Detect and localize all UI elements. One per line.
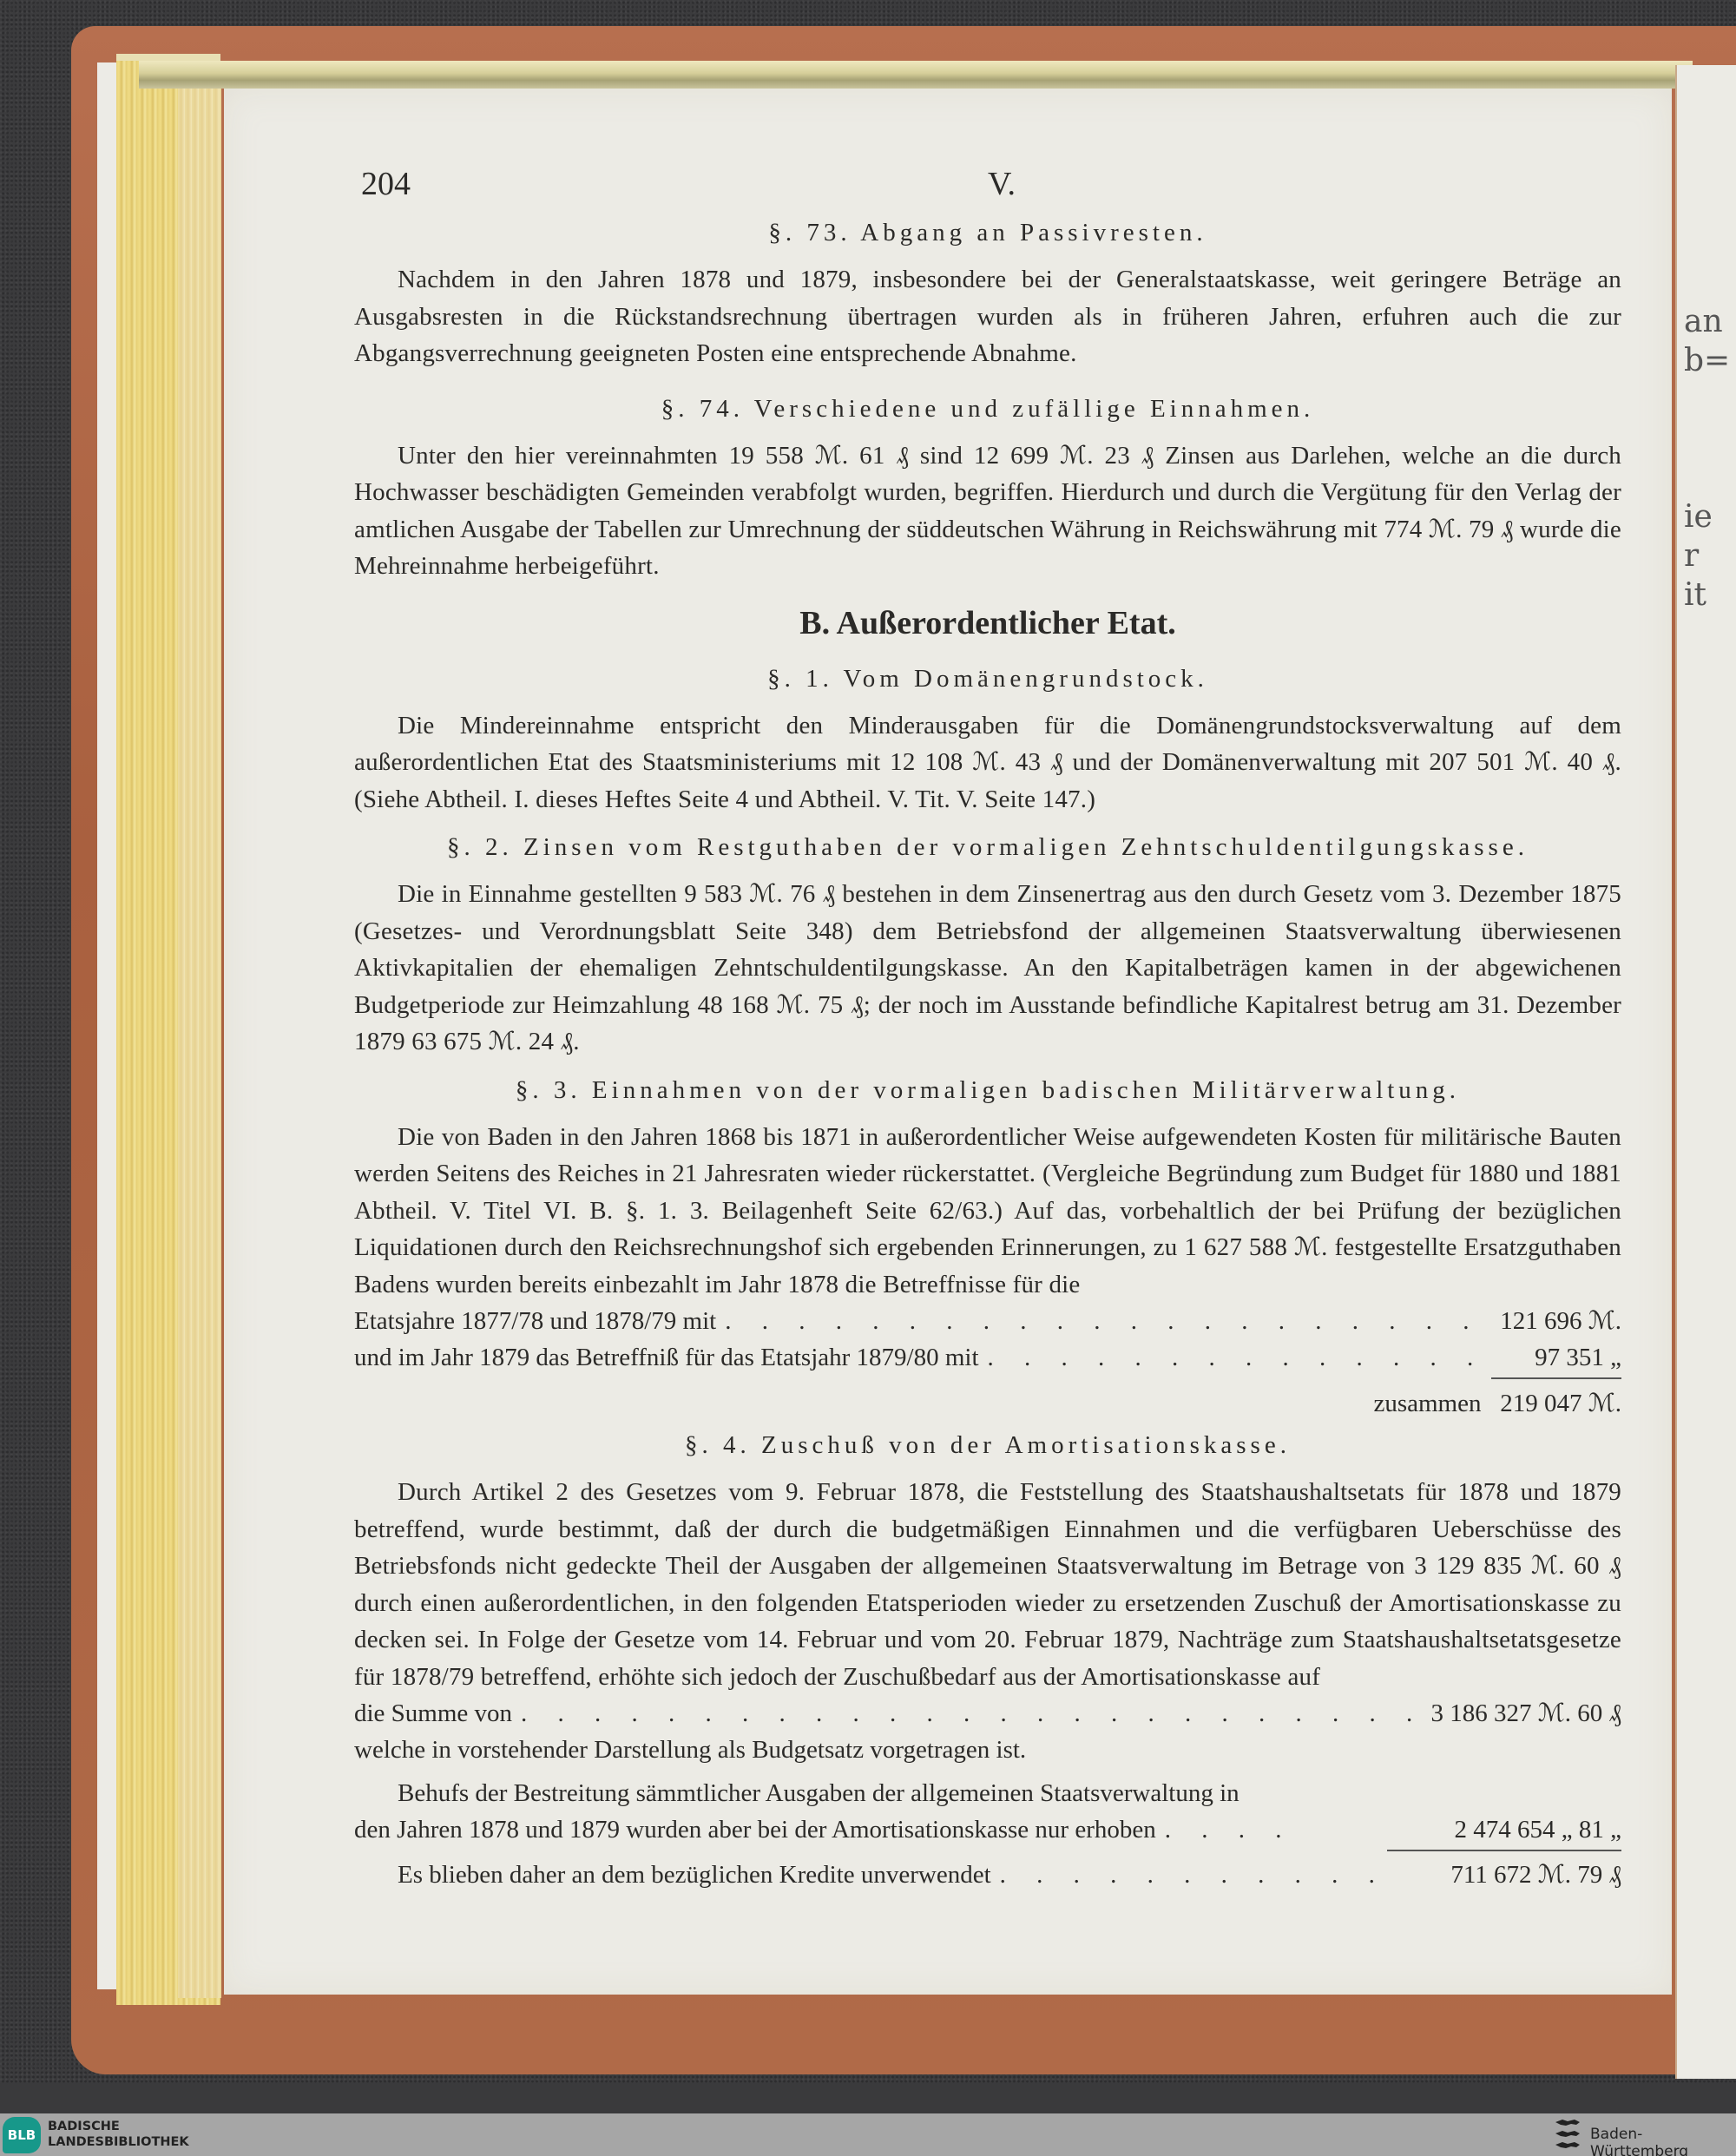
- page-edges-inner: [178, 69, 221, 1998]
- flyleaf: [97, 62, 116, 1989]
- library-name-line2: LANDESBIBLIOTHEK: [48, 2134, 189, 2150]
- ledger-amount: 97 351 „: [1491, 1339, 1621, 1376]
- section-text-74: Unter den hier vereinnahmten 19 558 ℳ. 6…: [354, 437, 1621, 585]
- text-line: welche in vorstehender Darstellung als B…: [354, 1732, 1621, 1768]
- text-line-content: welche in vorstehender Darstellung als B…: [354, 1732, 1026, 1768]
- section-title-b2: §. 2. Zinsen vom Restguthaben der vormal…: [354, 833, 1621, 862]
- section-title-74: §. 74. Verschiedene und zufällige Einnah…: [354, 395, 1621, 424]
- text-line: Behufs der Bestreitung sämmtlicher Ausga…: [354, 1775, 1621, 1811]
- chapter-mark: V.: [988, 165, 1016, 203]
- section-text-73: Nachdem in den Jahren 1878 und 1879, ins…: [354, 261, 1621, 372]
- ledger-label: die Summe von: [354, 1695, 512, 1732]
- blb-logo-text: BLB: [8, 2127, 36, 2143]
- library-name-line1: BADISCHE: [48, 2119, 189, 2134]
- blb-logo-icon[interactable]: BLB: [3, 2117, 41, 2153]
- library-name[interactable]: BADISCHE LANDESBIBLIOTHEK: [48, 2119, 189, 2150]
- ledger-amount: 121 696 ℳ.: [1491, 1303, 1621, 1339]
- part-title-b: B. Außerordentlicher Etat.: [354, 604, 1621, 642]
- facing-page-fragment: ie: [1684, 499, 1713, 535]
- page-content: 204 V. §. 73. Abgang an Passivresten. Na…: [354, 165, 1621, 1893]
- ledger-label: und im Jahr 1879 das Betreffniß für das …: [354, 1339, 979, 1376]
- facing-page-fragment: it: [1684, 577, 1706, 613]
- ledger-row: und im Jahr 1879 das Betreffniß für das …: [354, 1339, 1621, 1376]
- ledger-row: die Summe von . . . . . . . . . . . . . …: [354, 1695, 1621, 1732]
- section-text-b1: Die Mindereinnahme entspricht den Minder…: [354, 707, 1621, 818]
- total-row: zusammen 219 047 ℳ.: [354, 1384, 1621, 1423]
- footer-bar: BLB BADISCHE LANDESBIBLIOTHEK Baden-Würt…: [0, 2113, 1736, 2156]
- ledger-label: Es blieben daher an dem bezüglichen Kred…: [398, 1857, 991, 1893]
- ledger-amount: 3 186 327 ℳ. 60 ₰: [1430, 1695, 1621, 1732]
- ledger-row: Es blieben daher an dem bezüglichen Kred…: [354, 1857, 1621, 1893]
- sum-rule: [1491, 1377, 1621, 1379]
- three-lions-icon: [1554, 2117, 1581, 2153]
- facing-page-fragment: an: [1684, 304, 1723, 339]
- section-text-b3: Die von Baden in den Jahren 1868 bis 187…: [354, 1119, 1621, 1304]
- leader-dots: . . . .: [1165, 1811, 1446, 1848]
- ledger-label: Etatsjahre 1877/78 und 1878/79 mit: [354, 1303, 716, 1339]
- section-title-73: §. 73. Abgang an Passivresten.: [354, 219, 1621, 247]
- ledger-row: Etatsjahre 1877/78 und 1878/79 mit . . .…: [354, 1303, 1621, 1339]
- leader-dots: . . . . . . . . . . .: [1000, 1857, 1443, 1893]
- ledger-amount: 2 474 654 „ 81 „: [1455, 1811, 1622, 1848]
- section-title-b4: §. 4. Zuschuß von der Amortisationskasse…: [354, 1431, 1621, 1460]
- section-title-b1: §. 1. Vom Domänengrundstock.: [354, 665, 1621, 693]
- total-label: zusammen: [1373, 1390, 1481, 1417]
- ledger-amount: 711 672 ℳ. 79 ₰: [1450, 1857, 1621, 1893]
- facing-page-edge: an b= ie r it: [1675, 65, 1736, 2079]
- page-number: 204: [361, 165, 411, 203]
- ledger-row: den Jahren 1878 und 1879 wurden aber bei…: [354, 1811, 1621, 1848]
- facing-page-fragment: b=: [1684, 343, 1730, 378]
- section-title-b3: §. 3. Einnahmen von der vormaligen badis…: [354, 1076, 1621, 1105]
- facing-page-fragment: r: [1684, 538, 1699, 574]
- total-amount: 219 047 ℳ.: [1500, 1390, 1621, 1417]
- sum-rule: [1387, 1850, 1621, 1851]
- leader-dots: . . . . . . . . . . . . . . . . . . . . …: [988, 1339, 1483, 1376]
- text-line-content: Behufs der Bestreitung sämmtlicher Ausga…: [398, 1775, 1240, 1811]
- leader-dots: . . . . . . . . . . . . . . . . . . . . …: [521, 1695, 1422, 1732]
- section-text-b4: Durch Artikel 2 des Gesetzes vom 9. Febr…: [354, 1474, 1621, 1695]
- running-head: 204 V.: [354, 165, 1621, 214]
- state-name[interactable]: Baden-Württemberg: [1590, 2126, 1736, 2156]
- top-page-edge: [139, 61, 1693, 89]
- ledger-label: den Jahren 1878 und 1879 wurden aber bei…: [354, 1811, 1156, 1848]
- leader-dots: . . . . . . . . . . . . . . . . . . . . …: [725, 1303, 1483, 1339]
- section-text-b2: Die in Einnahme gestellten 9 583 ℳ. 76 ₰…: [354, 876, 1621, 1061]
